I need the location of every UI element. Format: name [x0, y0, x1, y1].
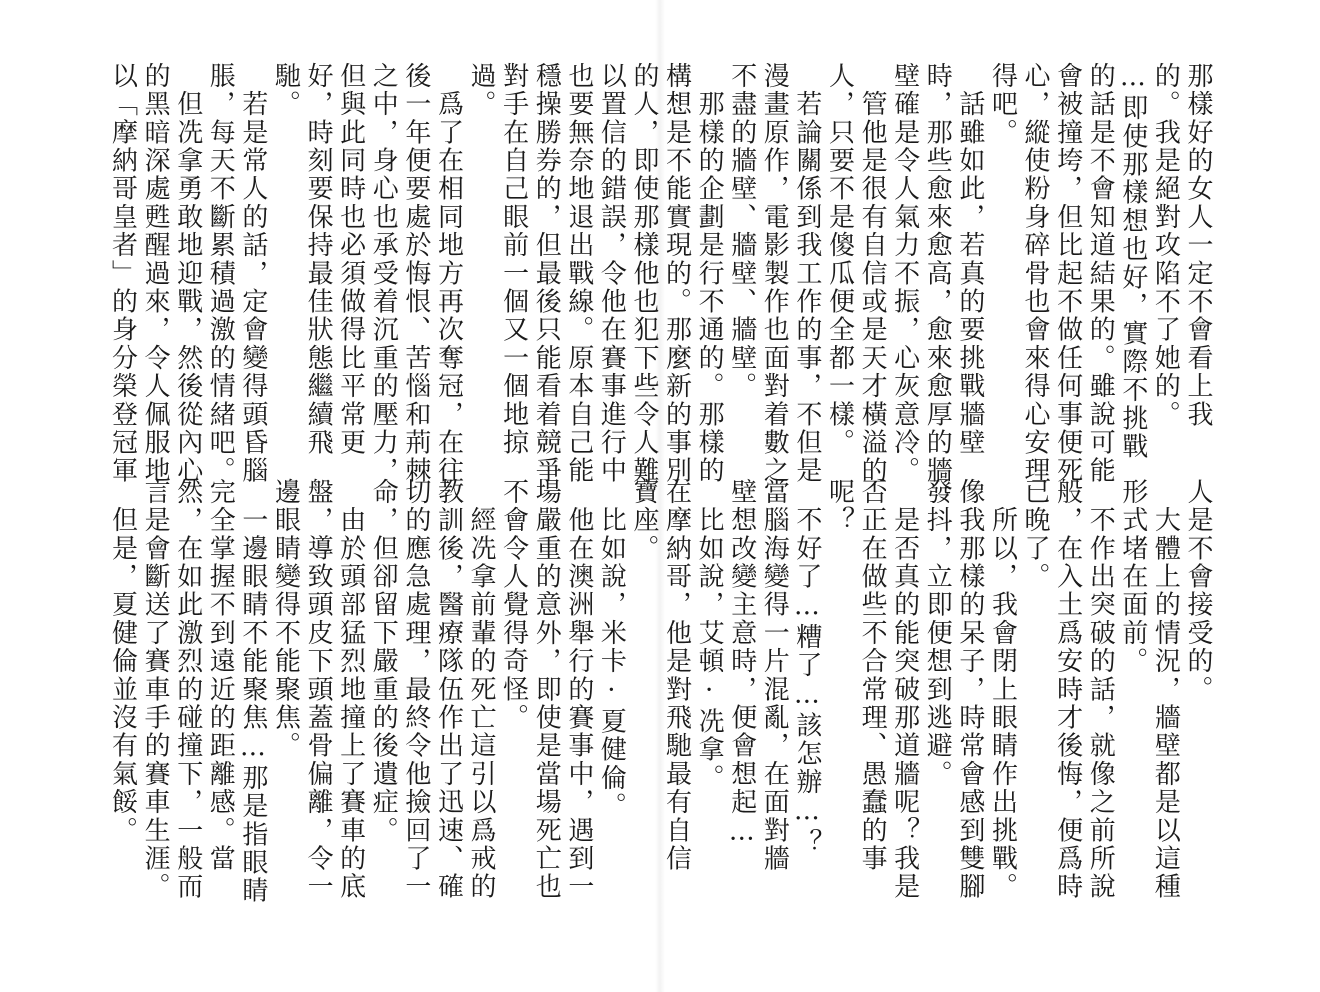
left-page-lower-text: 寶座。 比如說，米卡·夏健倫。 他在澳洲舉行的賽事中，遇到一 場嚴重的意外，即使…	[106, 478, 660, 905]
text-column: 寶座。	[627, 478, 660, 905]
text-column: 若論關係到我工作的事，不但是	[790, 62, 823, 485]
left-page-upper-text: 的人，即使那樣他也犯下些令人難 以置信的錯誤，令他在賽事進行中 也要無奈地退出戰…	[106, 62, 660, 485]
text-column: 否正在做些不合常理、愚蠢的事	[855, 478, 888, 901]
text-column: 像我那樣的呆子，時常會感到雙腳	[953, 478, 986, 901]
text-column: 以置信的錯誤，令他在賽事進行中	[595, 62, 628, 485]
text-column: 但冼拿勇敢地迎戰，然後從內心	[171, 62, 204, 485]
text-column: 然，在如此激烈的碰撞下，一般而	[171, 478, 204, 905]
text-column: 言是會斷送了賽車手的賽車生涯。	[139, 478, 172, 905]
text-column: 以「摩納哥皇者」的身分榮登冠軍	[106, 62, 139, 485]
text-column: 的話是不會知道結果的。雖說可能	[1084, 62, 1117, 485]
text-column: 人，只要不是傻瓜便全都一樣。	[823, 62, 856, 485]
text-column: 過。	[464, 62, 497, 485]
text-column: …即使那樣想也好，實際不挑戰	[1116, 62, 1149, 485]
text-column: 但與此同時也必須做得比平常更	[334, 62, 367, 485]
text-column: 比如說，米卡·夏健倫。	[595, 478, 628, 905]
text-column: 所以，我會閉上眼睛作出挑戰。	[986, 478, 1019, 901]
text-column: 的。我是絕對攻陷不了她的。	[1149, 62, 1182, 485]
text-column: 不好了…糟了…該怎辦…？	[790, 478, 823, 901]
text-column: 若是常人的話，定會變得頭昏腦	[236, 62, 269, 485]
text-column: 後一年便要處於悔恨、苦惱和荊棘	[399, 62, 432, 485]
text-column: 呢？	[823, 478, 856, 901]
text-column: 的黑暗深處甦醒過來，令人佩服地	[139, 62, 172, 485]
text-column: 在摩納哥，他是對飛馳最有自信	[660, 478, 693, 901]
text-column: 漫畫原作，電影製作也面對着數之	[758, 62, 791, 485]
text-column: 人是不會接受的。	[1181, 478, 1214, 901]
text-column: 那樣好的女人一定不會看上我	[1181, 62, 1214, 485]
right-page-lower-text: 人是不會接受的。 大體上的情況，牆壁都是以這種 形式堵在面前。 不作出突破的話，…	[660, 478, 1214, 901]
text-column: 大體上的情況，牆壁都是以這種	[1149, 478, 1182, 901]
text-column: 命，但卻留下嚴重的後遺症。	[367, 478, 400, 905]
text-column: 管他是很有自信或是天才橫溢的	[855, 62, 888, 485]
text-column: 也要無奈地退出戰線。原本自己能	[562, 62, 595, 485]
text-column: 壁想改變主意時，便會想起…	[725, 478, 758, 901]
text-column: 比如說，艾頓·冼拿。	[693, 478, 726, 901]
text-column: 心，縱使粉身碎骨也會來得心安理	[1018, 62, 1051, 485]
text-column: 他在澳洲舉行的賽事中，遇到一	[562, 478, 595, 905]
text-column: 場嚴重的意外，即使是當場死亡也	[530, 478, 563, 905]
text-column: 經冼拿前輩的死亡這引以爲戒的	[464, 478, 497, 905]
text-column: 一邊眼睛不能聚焦…那是指眼睛	[236, 478, 269, 905]
text-column: 那樣的企劃是行不通的。那樣的	[693, 62, 726, 485]
text-column: 但是，夏健倫並沒有氣餒。	[106, 478, 139, 905]
text-column: 是否真的能突破那道牆呢？我是	[888, 478, 921, 901]
text-column: 切的應急處理，最終令他撿回了一	[399, 478, 432, 905]
text-column: 脹，每天不斷累積過激的情緒吧。	[204, 62, 237, 485]
text-column: 教訓後，醫療隊伍作出了迅速、確	[432, 478, 465, 905]
left-page: 的人，即使那樣他也犯下些令人難 以置信的錯誤，令他在賽事進行中 也要無奈地退出戰…	[0, 0, 660, 992]
right-page-upper-text: 那樣好的女人一定不會看上我 的。我是絕對攻陷不了她的。 …即使那樣想也好，實際不…	[660, 62, 1214, 485]
text-column: 形式堵在面前。	[1116, 478, 1149, 901]
text-column: 發抖，立即便想到逃避。	[921, 478, 954, 901]
text-column: 得吧。	[986, 62, 1019, 485]
text-column: 之中，身心也承受着沉重的壓力，	[367, 62, 400, 485]
text-column: 穩操勝券的，但最後只能看着競爭	[530, 62, 563, 485]
text-column: 由於頭部猛烈地撞上了賽車的底	[334, 478, 367, 905]
text-column: 邊眼睛變得不能聚焦。	[269, 478, 302, 905]
right-page: 那樣好的女人一定不會看上我 的。我是絕對攻陷不了她的。 …即使那樣想也好，實際不…	[660, 0, 1320, 992]
text-column: 般，在入土爲安時才後悔，便爲時	[1051, 478, 1084, 901]
text-column: 馳。	[269, 62, 302, 485]
text-column: 當腦海變得一片混亂，在面對牆	[758, 478, 791, 901]
text-column: 不會令人覺得奇怪。	[497, 478, 530, 905]
text-column: 不盡的牆壁、牆壁、牆壁。	[725, 62, 758, 485]
text-column: 已晚了。	[1018, 478, 1051, 901]
text-column: 話雖如此，若真的要挑戰牆壁	[953, 62, 986, 485]
text-column: 對手在自己眼前一個又一個地掠	[497, 62, 530, 485]
text-column: 構想是不能實現的。那麼新的事別	[660, 62, 693, 485]
text-column: 好，時刻要保持最佳狀態繼續飛	[301, 62, 334, 485]
text-column: 完全掌握不到遠近的距離感。當	[204, 478, 237, 905]
text-column: 時，那些愈來愈高，愈來愈厚的牆	[921, 62, 954, 485]
text-column: 壁確是令人氣力不振，心灰意冷。	[888, 62, 921, 485]
text-column: 不作出突破的話，就像之前所說	[1084, 478, 1117, 901]
text-column: 的人，即使那樣他也犯下些令人難	[627, 62, 660, 485]
text-column: 會被撞垮，但比起不做任何事便死	[1051, 62, 1084, 485]
text-column: 盤，導致頭皮下頭蓋骨偏離，令一	[301, 478, 334, 905]
text-column: 爲了在相同地方再次奪冠，在往	[432, 62, 465, 485]
